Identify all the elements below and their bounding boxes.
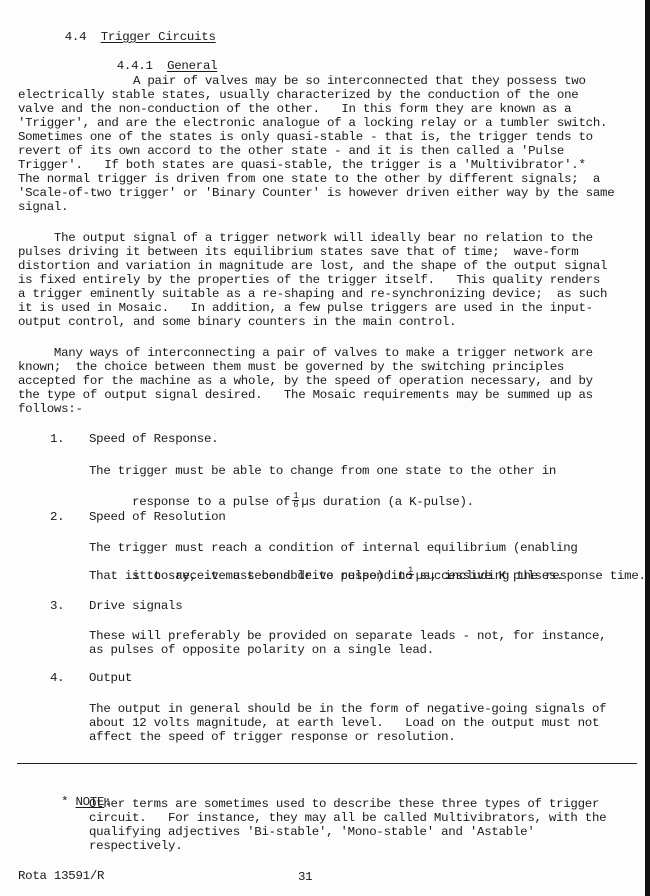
requirement-line: The trigger must reach a condition of in… xyxy=(89,541,578,555)
section-title: Trigger Circuits xyxy=(101,30,216,44)
requirement-text: response to a pulse of xyxy=(132,495,290,509)
footnote-line: qualifying adjectives 'Bi-stable', 'Mono… xyxy=(89,825,535,839)
paragraph-line: revert of its own accord to the other st… xyxy=(18,144,564,158)
paragraph-line: Sometimes one of the states is only quas… xyxy=(18,130,593,144)
paragraph-line: follows:- xyxy=(18,402,83,416)
requirement-line: as pulses of opposite polarity on a sing… xyxy=(89,643,434,657)
page-number: 31 xyxy=(298,870,312,884)
paragraph-line: a trigger eminently suitable as a re-sha… xyxy=(18,287,607,301)
paragraph-line: Trigger'. If both states are quasi-stabl… xyxy=(18,158,586,172)
paragraph-line: Many ways of interconnecting a pair of v… xyxy=(18,346,593,360)
requirement-title: Speed of Response. xyxy=(89,432,218,446)
paragraph-line: A pair of valves may be so interconnecte… xyxy=(18,74,586,88)
paragraph-line: 'Trigger', and are the electronic analog… xyxy=(18,116,607,130)
requirement-number: 4. xyxy=(50,671,64,685)
requirement-line: about 12 volts magnitude, at earth level… xyxy=(89,716,599,730)
fraction-one-sixth: 16 xyxy=(292,492,299,509)
paragraph-line: it is used in Mosaic. In addition, a few… xyxy=(18,301,593,315)
paragraph-line: The normal trigger is driven from one st… xyxy=(18,172,600,186)
paragraph-line: signal. xyxy=(18,200,68,214)
footnote-line: Other terms are sometimes used to descri… xyxy=(89,797,599,811)
requirement-text: µs duration (a K-pulse). xyxy=(301,495,473,509)
paragraph-line: accepted for the machine as a whole, by … xyxy=(18,374,593,388)
section-number: 4.4 xyxy=(65,30,87,44)
paragraph-line: electrically stable states, usually char… xyxy=(18,88,578,102)
requirement-line: The trigger must be able to change from … xyxy=(89,464,556,478)
footnote-line: circuit. For instance, they may all be c… xyxy=(89,811,606,825)
paragraph-line: pulses driving it between its equilibriu… xyxy=(18,245,578,259)
subsection-number: 4.4.1 xyxy=(117,59,153,73)
footnote-divider xyxy=(17,763,637,764)
subsection-title: General xyxy=(167,59,217,73)
requirement-number: 2. xyxy=(50,510,64,524)
requirement-line: The output in general should be in the f… xyxy=(89,702,606,716)
requirement-line: That is to say, it must be able to respo… xyxy=(89,569,563,583)
document-reference: Rota 13591/R xyxy=(18,869,104,883)
footnote-line: respectively. xyxy=(89,839,182,853)
paragraph-line: is fixed entirely by the properties of t… xyxy=(18,273,600,287)
paragraph-line: valve and the non-conduction of the othe… xyxy=(18,102,571,116)
scan-border xyxy=(645,0,650,896)
requirement-number: 3. xyxy=(50,599,64,613)
paragraph-line: the type of output signal desired. The M… xyxy=(18,388,593,402)
requirement-number: 1. xyxy=(50,432,64,446)
paragraph-line: known; the choice between them must be g… xyxy=(18,360,564,374)
document-page: 4.4 Trigger Circuits 4.4.1 General A pai… xyxy=(0,0,650,896)
paragraph-line: distortion and variation in magnitude ar… xyxy=(18,259,607,273)
requirement-title: Output xyxy=(89,671,132,685)
requirement-line: affect the speed of trigger response or … xyxy=(89,730,455,744)
requirement-line: These will preferably be provided on sep… xyxy=(89,629,606,643)
paragraph-line: 'Scale-of-two trigger' or 'Binary Counte… xyxy=(18,186,614,200)
paragraph-line: output control, and some binary counters… xyxy=(18,315,456,329)
requirement-title: Speed of Resolution xyxy=(89,510,226,524)
paragraph-line: The output signal of a trigger network w… xyxy=(18,231,593,245)
requirement-title: Drive signals xyxy=(89,599,182,613)
